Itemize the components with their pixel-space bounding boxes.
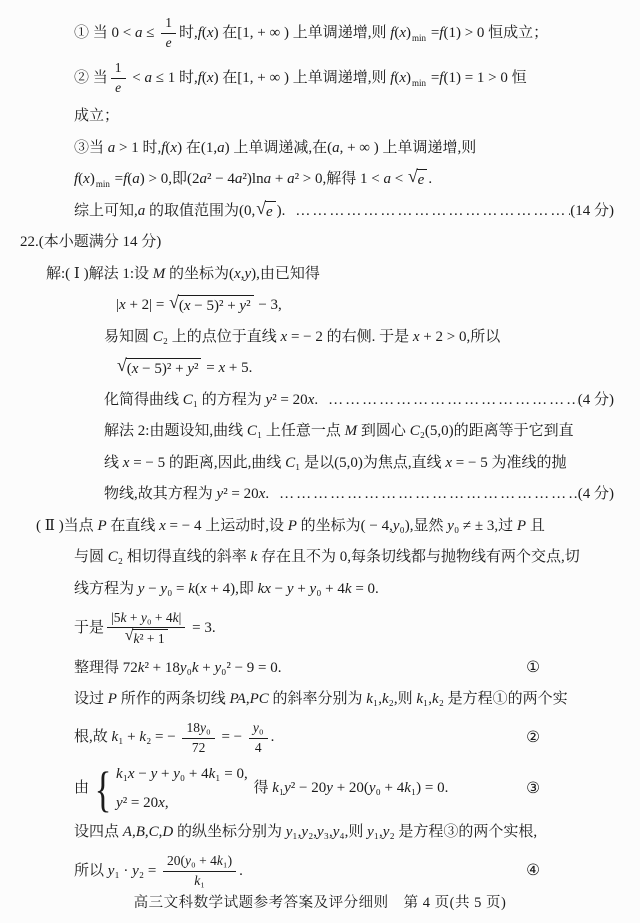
system-equation: y² = 20x, (116, 794, 248, 814)
text-line: 综上可知,a 的取值范围为(0,√e).……………………………………………………… (0, 200, 640, 223)
text-run: ① 当 0 < a ≤ (74, 24, 158, 44)
text-run: 得 k₁y² − 20y + 20(y₀ + 4k₁) = 0. (250, 779, 449, 799)
sqrt-expression: √(x − 5)² + y² (169, 295, 253, 317)
fraction-denominator: k₁ (190, 872, 209, 890)
text-line: 由{k₁x − y + y₀ + 4k₁ = 0,y² = 20x, 得 k₁y… (0, 765, 640, 813)
text-line: 解:( Ⅰ )解法 1:设 M 的坐标为(x,y),由已知得 (0, 263, 640, 286)
equation-system: {k₁x − y + y₀ + 4k₁ = 0,y² = 20x, (91, 765, 248, 813)
score-label: (4 分) (578, 485, 640, 505)
math-fraction: 18y₀72 (182, 720, 214, 757)
text-run: = 3. (188, 619, 215, 639)
sqrt-expression: √e (408, 169, 427, 191)
text-run: 1 (165, 15, 172, 32)
text-run: ③当 a > 1 时,f(x) 在(1,a) 上单调递减,在(a, + ∞ ) … (74, 139, 476, 159)
text-line: 易知圆 C₂ 上的点位于直线 x = − 2 的右侧. 于是 x + 2 > 0… (0, 326, 640, 349)
text-run: =f(1) > 0 恒成立； (427, 24, 548, 44)
text-run: 72 (192, 740, 206, 757)
text-run: |5k + y₀ + 4k| (111, 610, 181, 627)
text-run: 22.(本小题满分 14 分) (20, 233, 161, 253)
text-run: 线方程为 y − y₀ = k(x + 4),即 kx − y + y₀ + 4… (74, 580, 379, 600)
radicand: (x − 5)² + y² (126, 358, 202, 380)
sqrt-expression: √k² + 1 (125, 629, 168, 648)
text-line: 所以 y₁ · y₂ = 20(y₀ + 4k₁)k₁.④ (0, 853, 640, 890)
text-run: . (428, 170, 432, 190)
text-line: 设过 P 所作的两条切线 PA,PC 的斜率分别为 k₁,k₂,则 k₁,k₂ … (0, 688, 640, 711)
text-line: 化简得曲线 C₁ 的方程为 y² = 20x.……………………………………………… (0, 389, 640, 412)
radical-sign-icon: √ (125, 628, 134, 644)
text-run: . (239, 862, 243, 882)
document-page: ① 当 0 < a ≤ 1e时,f(x) 在[1, + ∞ ) 上单调递增,则 … (0, 0, 640, 923)
text-run: 线 x = − 5 的距离,因此,曲线 C₁ 是以(5,0)为焦点,直线 x =… (104, 454, 566, 474)
radical-sign-icon: √ (169, 294, 179, 312)
text-line: 22.(本小题满分 14 分) (0, 232, 640, 255)
text-run: ). (277, 202, 286, 222)
text-line: 与圆 C₂ 相切得直线的斜率 k 存在且不为 0,每条切线都与抛物线有两个交点,… (0, 547, 640, 570)
math-fraction: 1e (161, 15, 176, 52)
text-line: ② 当1e < a ≤ 1 时,f(x) 在[1, + ∞ ) 上单调递增,则 … (0, 60, 640, 97)
text-run: 所以 y₁ · y₂ = (74, 862, 160, 882)
text-line: f(x)min =f(a) > 0,即(2a² − 4a²)lna + a² >… (0, 169, 640, 192)
text-run: 化简得曲线 C₁ 的方程为 y² = 20x. (104, 391, 318, 411)
text-run: 由 (74, 779, 89, 799)
fraction-numerator: 1 (161, 15, 176, 34)
equation-number: ③ (526, 779, 540, 799)
text-line: √(x − 5)² + y² = x + 5. (0, 358, 640, 381)
text-line: ① 当 0 < a ≤ 1e时,f(x) 在[1, + ∞ ) 上单调递增,则 … (0, 15, 640, 52)
radicand: e (417, 169, 428, 191)
page-footer: 高三文科数学试题参考答案及评分细则 第 4 页(共 5 页) (0, 891, 640, 912)
text-run: ② 当 (74, 69, 108, 89)
text-run: 1 (115, 60, 122, 77)
text-line: 整理得 72k² + 18y₀k + y₀² − 9 = 0.① (0, 657, 640, 680)
text-run: k₁ (194, 873, 205, 890)
subscript-label: min (412, 33, 426, 45)
fraction-denominator: 4 (251, 739, 266, 757)
radicand: (x − 5)² + y² (178, 295, 254, 317)
brace-icon: { (95, 769, 112, 809)
text-line: 解法 2:由题设知,曲线 C₁ 上任意一点 M 到圆心 C₂(5,0)的距离等于… (0, 421, 640, 444)
math-fraction: 1e (111, 60, 126, 97)
text-run: |x + 2| = (116, 296, 168, 316)
text-line: 线 x = − 5 的距离,因此,曲线 C₁ 是以(5,0)为焦点,直线 x =… (0, 452, 640, 475)
equation-number: ② (526, 728, 540, 748)
solution-lines: ① 当 0 < a ≤ 1e时,f(x) 在[1, + ∞ ) 上单调递增,则 … (0, 0, 640, 890)
text-line: 物线,故其方程为 y² = 20x.…………………………………………………………… (0, 484, 640, 507)
text-run: 易知圆 C₂ 上的点位于直线 x = − 2 的右侧. 于是 x + 2 > 0… (104, 328, 500, 348)
text-run: 时,f(x) 在[1, + ∞ ) 上单调递增,则 f(x) (179, 24, 411, 44)
text-run: 解法 2:由题设知,曲线 C₁ 上任意一点 M 到圆心 C₂(5,0)的距离等于… (104, 422, 574, 442)
text-run: 设四点 A,B,C,D 的纵坐标分别为 y₁,y₂,y₃,y₄,则 y₁,y₂ … (74, 823, 537, 843)
dotted-leader: ……………………………………………………………… (318, 391, 578, 411)
text-run: 与圆 C₂ 相切得直线的斜率 k 存在且不为 0,每条切线都与抛物线有两个交点,… (74, 548, 580, 568)
radicand: k² + 1 (132, 629, 167, 648)
text-run: 20(y₀ + 4k₁) (167, 853, 232, 870)
math-fraction: 20(y₀ + 4k₁)k₁ (163, 853, 236, 890)
text-run: 于是 (74, 619, 104, 639)
text-run: = − (218, 728, 246, 748)
dotted-leader: ……………………………………………………………… (269, 485, 578, 505)
text-run: 整理得 72k² + 18y₀k + y₀² − 9 = 0. (74, 659, 282, 679)
subscript-label: min (412, 78, 426, 90)
text-line: 根,故 k₁ + k₂ = − 18y₀72 = − y₀4.② (0, 720, 640, 757)
score-label: (4 分) (578, 391, 640, 411)
fraction-numerator: 18y₀ (182, 720, 214, 739)
text-run: =f(1) = 1 > 0 恒 (427, 69, 527, 89)
text-run: 4 (255, 740, 262, 757)
radical-sign-icon: √ (256, 200, 266, 218)
fraction-numerator: 1 (111, 60, 126, 79)
text-run: e (115, 80, 121, 97)
radical-sign-icon: √ (408, 168, 418, 186)
sqrt-expression: √e (256, 201, 275, 223)
text-run: 物线,故其方程为 y² = 20x. (104, 485, 269, 505)
fraction-denominator: √k² + 1 (120, 628, 173, 648)
fraction-numerator: 20(y₀ + 4k₁) (163, 853, 236, 872)
subscript-label: min (96, 179, 110, 191)
fraction-numerator: |5k + y₀ + 4k| (107, 610, 185, 629)
math-fraction: y₀4 (249, 720, 268, 757)
text-run: 根,故 k₁ + k₂ = − (74, 728, 179, 748)
text-run: 18y₀ (186, 720, 210, 737)
text-line: 于是|5k + y₀ + 4k|√k² + 1 = 3. (0, 610, 640, 649)
text-run: 综上可知,a 的取值范围为(0, (74, 202, 255, 222)
text-line: 线方程为 y − y₀ = k(x + 4),即 kx − y + y₀ + 4… (0, 578, 640, 601)
text-run: 成立； (74, 107, 119, 127)
text-line: 成立； (0, 106, 640, 129)
equation-number: ④ (526, 861, 540, 881)
dotted-leader: ……………………………………………………………… (285, 202, 570, 222)
system-equation: k₁x − y + y₀ + 4k₁ = 0, (116, 765, 248, 785)
text-line: ③当 a > 1 时,f(x) 在(1,a) 上单调递减,在(a, + ∞ ) … (0, 137, 640, 160)
text-run: . (271, 728, 275, 748)
text-run: < a ≤ 1 时,f(x) 在[1, + ∞ ) 上单调递增,则 f(x) (129, 69, 412, 89)
text-run: 解:( Ⅰ )解法 1:设 M 的坐标为(x,y),由已知得 (46, 265, 320, 285)
radical-sign-icon: √ (117, 357, 127, 375)
text-run: y₀ (253, 720, 264, 737)
text-line: ( Ⅱ )当点 P 在直线 x = − 4 上运动时,设 P 的坐标为( − 4… (0, 515, 640, 538)
radicand: e (265, 201, 276, 223)
system-rows: k₁x − y + y₀ + 4k₁ = 0,y² = 20x, (116, 765, 248, 813)
text-line: |x + 2| = √(x − 5)² + y² − 3, (0, 295, 640, 318)
text-run: = x + 5. (202, 359, 252, 379)
fraction-denominator: e (111, 79, 125, 97)
text-run: ( Ⅱ )当点 P 在直线 x = − 4 上运动时,设 P 的坐标为( − 4… (36, 517, 545, 537)
score-label: (14 分) (570, 202, 640, 222)
text-line: 设四点 A,B,C,D 的纵坐标分别为 y₁,y₂,y₃,y₄,则 y₁,y₂ … (0, 822, 640, 845)
text-run: f(x) (74, 170, 95, 190)
sqrt-expression: √(x − 5)² + y² (117, 358, 201, 380)
text-run: 设过 P 所作的两条切线 PA,PC 的斜率分别为 k₁,k₂,则 k₁,k₂ … (74, 690, 568, 710)
fraction-denominator: e (162, 34, 176, 52)
math-fraction: |5k + y₀ + 4k|√k² + 1 (107, 610, 185, 649)
equation-number: ① (526, 658, 540, 678)
text-run: =f(a) > 0,即(2a² − 4a²)lna + a² > 0,解得 1 … (111, 170, 407, 190)
text-run: − 3, (255, 296, 282, 316)
fraction-numerator: y₀ (249, 720, 268, 739)
text-run: e (166, 35, 172, 52)
fraction-denominator: 72 (188, 739, 210, 757)
